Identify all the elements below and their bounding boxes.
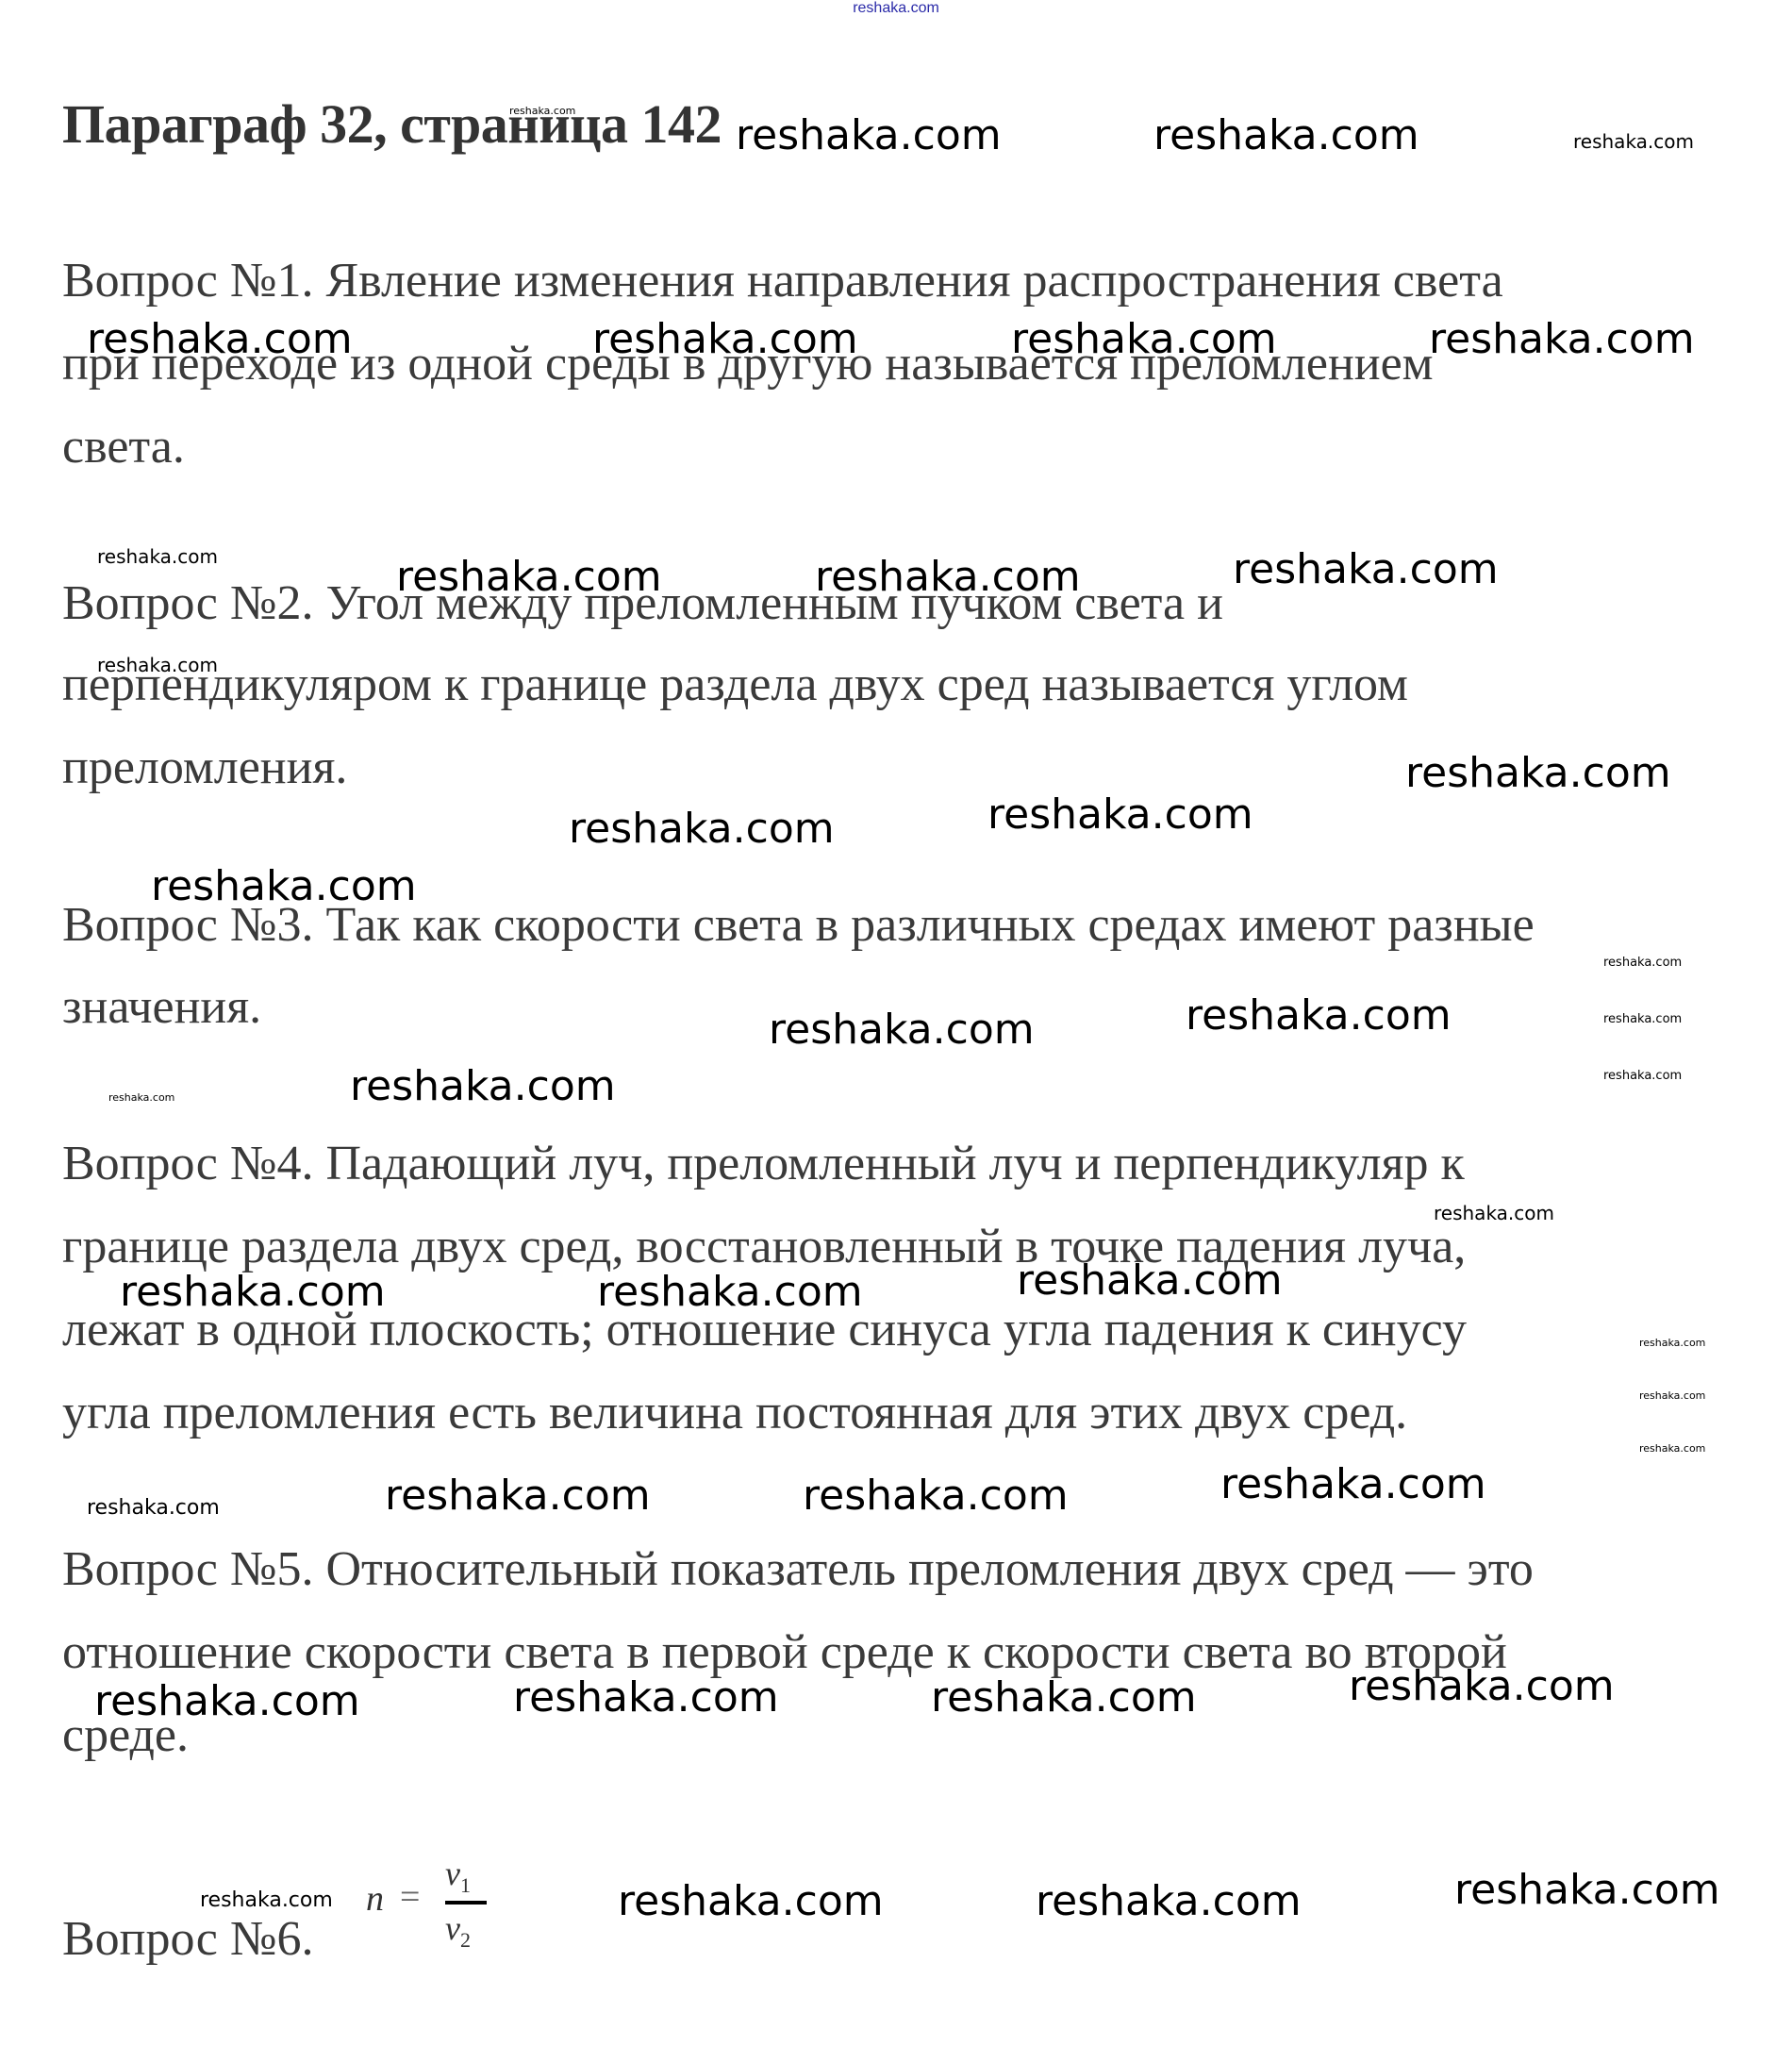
watermark: reshaka.com [618, 1881, 884, 1922]
watermark: reshaka.com [509, 106, 575, 116]
watermark: reshaka.com [97, 547, 218, 566]
watermark: reshaka.com [120, 1272, 386, 1313]
site-link[interactable]: reshaka.com [0, 0, 1792, 17]
watermark: reshaka.com [815, 557, 1081, 598]
formula-equals: = [400, 1876, 420, 1918]
watermark: reshaka.com [592, 319, 858, 360]
page-title: Параграф 32, страница 142 [62, 92, 722, 156]
watermark: reshaka.com [597, 1272, 863, 1313]
question-4-line-1: Вопрос №4. Падающий луч, преломленный лу… [62, 1139, 1465, 1189]
watermark: reshaka.com [1153, 115, 1419, 157]
question-5-line-2: отношение скорости света в первой среде … [62, 1628, 1507, 1677]
watermark: reshaka.com [1011, 319, 1277, 360]
watermark: reshaka.com [108, 1092, 174, 1103]
watermark: reshaka.com [1603, 1013, 1682, 1025]
question-4-line-4: угла преломления есть величина постоянна… [62, 1389, 1407, 1438]
watermark: reshaka.com [1454, 1870, 1720, 1911]
watermark: reshaka.com [1639, 1338, 1705, 1348]
watermark: reshaka.com [1233, 549, 1499, 591]
watermark: reshaka.com [736, 115, 1002, 157]
watermark: reshaka.com [1186, 995, 1452, 1037]
question-5-line-1: Вопрос №5. Относительный показатель прел… [62, 1545, 1534, 1594]
watermark: reshaka.com [569, 808, 835, 850]
watermark: reshaka.com [1639, 1443, 1705, 1454]
watermark: reshaka.com [1036, 1881, 1302, 1922]
watermark: reshaka.com [1639, 1390, 1705, 1401]
watermark: reshaka.com [350, 1066, 616, 1107]
watermark: reshaka.com [1429, 319, 1695, 360]
watermark: reshaka.com [87, 319, 353, 360]
watermark: reshaka.com [1405, 753, 1671, 794]
refraction-index-formula: n = v1 v2 [358, 1854, 538, 1957]
watermark: reshaka.com [396, 557, 662, 598]
watermark: reshaka.com [200, 1890, 333, 1911]
watermark: reshaka.com [151, 866, 417, 907]
watermark: reshaka.com [97, 656, 218, 674]
fraction-bar [445, 1901, 487, 1905]
question-3-line-2: значения. [62, 983, 261, 1032]
question-1-line-1: Вопрос №1. Явление изменения направления… [62, 257, 1503, 306]
watermark: reshaka.com [931, 1677, 1197, 1719]
watermark: reshaka.com [1349, 1666, 1615, 1707]
watermark: reshaka.com [87, 1498, 220, 1519]
watermark: reshaka.com [1573, 132, 1694, 151]
watermark: reshaka.com [94, 1681, 360, 1722]
question-2-line-2: перпендикуляром к границе раздела двух с… [62, 660, 1408, 709]
watermark: reshaka.com [987, 794, 1253, 836]
watermark: reshaka.com [1220, 1464, 1486, 1505]
watermark: reshaka.com [1603, 956, 1682, 969]
watermark: reshaka.com [769, 1009, 1035, 1051]
formula-numerator: v1 [445, 1854, 471, 1898]
question-2-line-3: преломления. [62, 743, 347, 792]
watermark: reshaka.com [1434, 1204, 1554, 1223]
formula-lhs: n [366, 1878, 384, 1920]
watermark: reshaka.com [385, 1475, 651, 1517]
question-6-line-1: Вопрос №6. [62, 1915, 314, 1964]
formula-denominator: v2 [445, 1908, 471, 1953]
watermark: reshaka.com [1603, 1070, 1682, 1082]
watermark: reshaka.com [1017, 1260, 1283, 1302]
question-1-line-3: света. [62, 423, 185, 472]
watermark: reshaka.com [803, 1475, 1069, 1517]
watermark: reshaka.com [513, 1677, 779, 1719]
